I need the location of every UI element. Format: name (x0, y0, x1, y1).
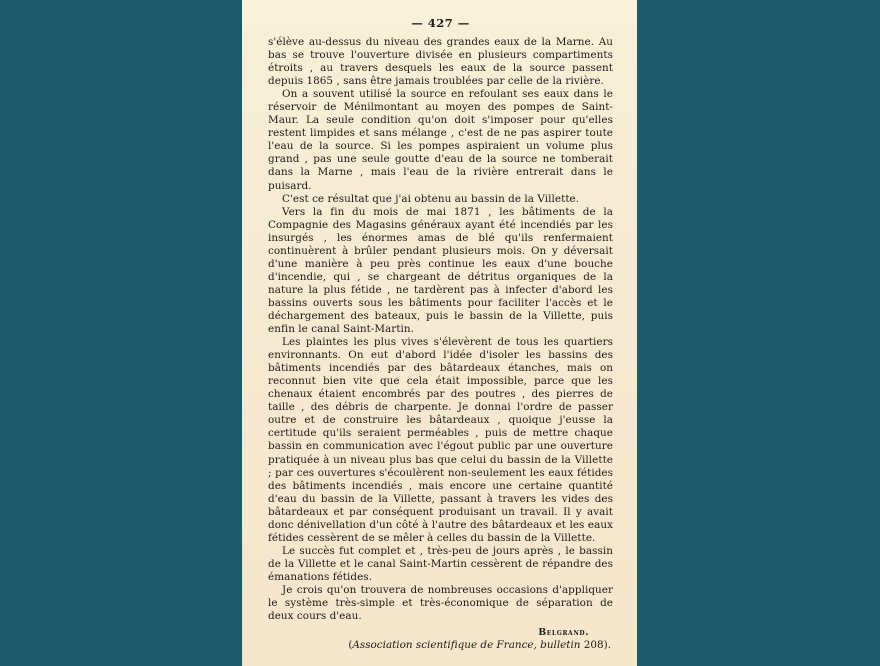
paragraph-4: Vers la fin du mois de mai 1871 , les bâ… (268, 206, 613, 336)
page-number: — 427 — (268, 16, 613, 30)
paragraph-3: C'est ce résultat que j'ai obtenu au bas… (268, 193, 613, 206)
paragraph-6: Le succès fut complet et , très-peu de j… (268, 545, 613, 584)
document-page: — 427 — s'élève au-dessus du niveau des … (242, 0, 637, 666)
body-text: s'élève au-dessus du niveau des grandes … (268, 36, 613, 623)
source-citation: (Association scientifique de France, bul… (268, 639, 613, 652)
paragraph-7: Je crois qu'on trouvera de nombreuses oc… (268, 584, 613, 623)
paragraph-5: Les plaintes les plus vives s'élevèrent … (268, 336, 613, 545)
paragraph-1: s'élève au-dessus du niveau des grandes … (268, 36, 613, 88)
paragraph-2: On a souvent utilisé la source en refoul… (268, 88, 613, 192)
citation-number: 208 (581, 639, 604, 651)
citation-title: Association scientifique de France, bull… (352, 639, 580, 651)
citation-close: ). (604, 639, 611, 651)
author-signature: Belgrand. (268, 626, 613, 639)
